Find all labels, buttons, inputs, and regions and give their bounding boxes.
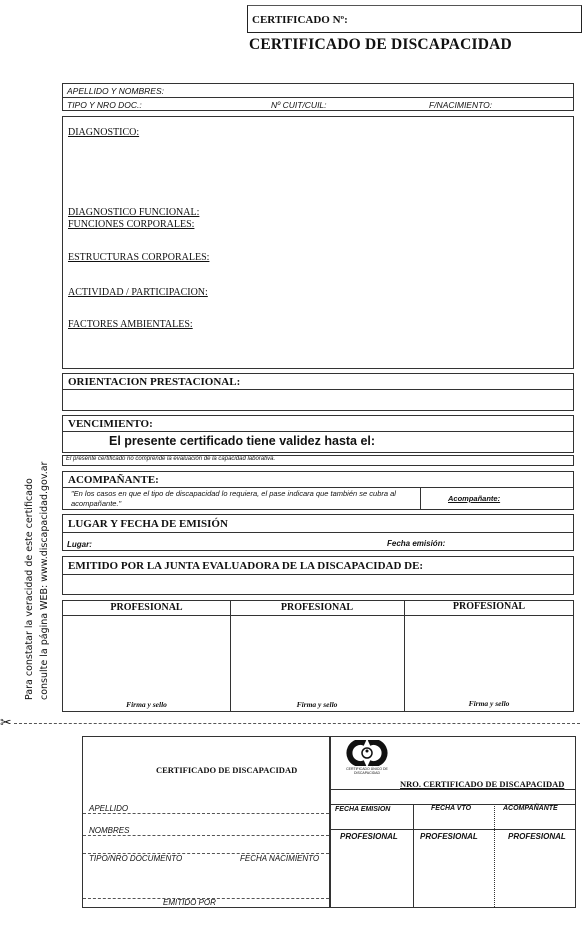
stub-professional-2: PROFESIONAL: [420, 832, 478, 841]
stub-certificate-section: CERTIFICADO ÚNICO DE DISCAPACIDAD NRO. C…: [330, 736, 576, 908]
validity-text: El presente certificado tiene validez ha…: [109, 434, 375, 448]
logo-caption: CERTIFICADO ÚNICO DE DISCAPACIDAD: [341, 767, 393, 775]
expiry-section: VENCIMIENTO: El presente certificado tie…: [62, 415, 574, 453]
professional-header-2: PROFESIONAL: [230, 602, 404, 613]
stub-birth-label: FECHA NACIMIENTO: [240, 854, 319, 863]
stub-title: CERTIFICADO DE DISCAPACIDAD: [156, 765, 297, 775]
diagnosis-section: DIAGNOSTICO: DIAGNOSTICO FUNCIONAL: FUNC…: [62, 116, 574, 369]
names-label: APELLIDO Y NOMBRES:: [67, 86, 164, 96]
certificate-number-field[interactable]: CERTIFICADO Nº:: [247, 5, 582, 33]
funciones-corporales-label: FUNCIONES CORPORALES:: [68, 219, 194, 230]
diagnostico-funcional-label: DIAGNOSTICO FUNCIONAL:: [68, 207, 199, 218]
professionals-table: PROFESIONAL PROFESIONAL PROFESIONAL Firm…: [62, 600, 574, 712]
stub-col-issue-date: FECHA EMISION: [335, 806, 390, 813]
expiry-title: VENCIMIENTO:: [68, 418, 153, 430]
orientation-section: ORIENTACION PRESTACIONAL:: [62, 373, 574, 411]
cud-logo: [343, 740, 391, 766]
stub-col-expiry-date: FECHA VTO: [431, 805, 471, 812]
stub-issued-by-label: EMITIDO POR: [163, 898, 216, 907]
doc-label: TIPO Y NRO DOC.:: [67, 100, 142, 110]
stub-doc-label: TIPO/NRO DOCUMENTO: [89, 854, 182, 863]
verification-note-line2: consulte la página WEB: www.discapacidad…: [39, 462, 50, 700]
stub-nombres-label: NOMBRES: [89, 826, 129, 835]
stub-professional-3: PROFESIONAL: [508, 832, 566, 841]
stub-personal-section: CERTIFICADO DE DISCAPACIDAD APELLIDO NOM…: [82, 736, 330, 908]
expiry-note: El presente certificado no comprende la …: [66, 456, 275, 462]
actividad-participacion-label: ACTIVIDAD / PARTICIPACION:: [68, 287, 208, 298]
scissors-icon: ✂: [0, 716, 12, 730]
professional-header-1: PROFESIONAL: [63, 602, 230, 613]
board-section: EMITIDO POR LA JUNTA EVALUADORA DE LA DI…: [62, 556, 574, 595]
stub-certificate-number-label: NRO. CERTIFICADO DE DISCAPACIDAD: [400, 779, 564, 789]
diagnostico-label: DIAGNOSTICO:: [68, 127, 139, 138]
certificate-number-label: CERTIFICADO Nº:: [252, 14, 348, 26]
cuit-label: Nº CUIT/CUIL:: [271, 100, 327, 110]
companion-label: Acompañante:: [448, 494, 500, 503]
signature-label-2: Firma y sello: [230, 700, 404, 709]
expiry-note-box: El presente certificado no comprende la …: [62, 455, 574, 466]
personal-data-section: APELLIDO Y NOMBRES: TIPO Y NRO DOC.: Nº …: [62, 83, 574, 111]
issue-section: LUGAR Y FECHA DE EMISIÓN Lugar: Fecha em…: [62, 514, 574, 551]
birth-date-label: F/NACIMIENTO:: [429, 100, 492, 110]
professional-header-3: PROFESIONAL: [404, 601, 574, 612]
document-title: CERTIFICADO DE DISCAPACIDAD: [249, 36, 512, 54]
issue-title: LUGAR Y FECHA DE EMISIÓN: [68, 518, 228, 530]
factores-ambientales-label: FACTORES AMBIENTALES:: [68, 319, 193, 330]
signature-label-1: Firma y sello: [63, 700, 230, 709]
board-title: EMITIDO POR LA JUNTA EVALUADORA DE LA DI…: [68, 560, 423, 572]
companion-title: ACOMPAÑANTE:: [68, 474, 159, 486]
stub-apellido-label: APELLIDO: [89, 804, 128, 813]
companion-section: ACOMPAÑANTE: "En los casos en que el tip…: [62, 471, 574, 510]
companion-note: "En los casos en que el tipo de discapac…: [71, 489, 411, 509]
stub-col-companion: ACOMPAÑANTE: [503, 805, 558, 812]
verification-note-line1: Para constatar la veracidad de este cert…: [24, 478, 35, 700]
stub-professional-1: PROFESIONAL: [340, 832, 398, 841]
cut-line: [14, 723, 580, 724]
signature-label-3: Firma y sello: [404, 699, 574, 708]
place-label: Lugar:: [67, 540, 92, 549]
estructuras-corporales-label: ESTRUCTURAS CORPORALES:: [68, 252, 209, 263]
orientation-title: ORIENTACION PRESTACIONAL:: [68, 376, 240, 388]
issue-date-label: Fecha emisión:: [387, 539, 445, 548]
